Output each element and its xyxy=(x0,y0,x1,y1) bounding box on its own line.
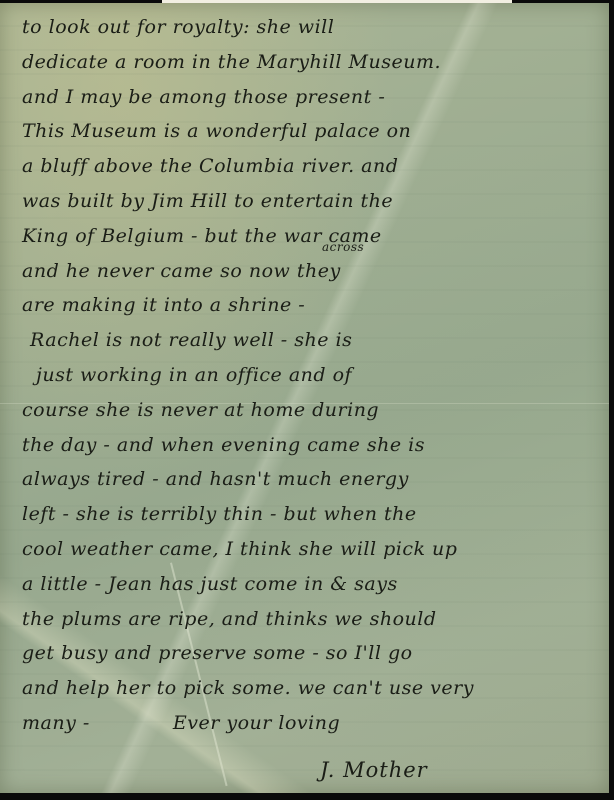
letter-line-text: and he never came so now they xyxy=(22,260,341,282)
handwritten-insertion: across xyxy=(322,240,364,254)
letter-line: left - she is terribly thin - but when t… xyxy=(22,497,597,532)
letter-line: a little - Jean has just come in & says xyxy=(22,567,597,602)
letter-closing: Ever your loving xyxy=(173,712,340,734)
letter-line: to look out for royalty: she will xyxy=(22,10,597,45)
letter-line: the plums are ripe, and thinks we should xyxy=(22,602,597,637)
letter-line: and help her to pick some. we can't use … xyxy=(22,671,597,706)
letter-line: dedicate a room in the Maryhill Museum. xyxy=(22,45,597,80)
letter-line: Rachel is not really well - she is xyxy=(22,323,597,358)
letter-line: cool weather came, I think she will pick… xyxy=(22,532,597,567)
letter-line: and I may be among those present - xyxy=(22,80,597,115)
letter-line: a bluff above the Columbia river. and xyxy=(22,149,597,184)
letter-line: are making it into a shrine - xyxy=(22,288,597,323)
letter-line: the day - and when evening came she is xyxy=(22,428,597,463)
letter-line-text: many - xyxy=(22,712,90,734)
letter-line: was built by Jim Hill to entertain the xyxy=(22,184,597,219)
letter-line: always tired - and hasn't much energy xyxy=(22,462,597,497)
scan-frame: to look out for royalty: she will dedica… xyxy=(0,0,614,800)
letter-line: just working in an office and of xyxy=(22,358,597,393)
letter-line: This Museum is a wonderful palace on xyxy=(22,114,597,149)
letter-body: to look out for royalty: she will dedica… xyxy=(22,10,597,741)
letter-line-with-insertion: across and he never came so now they xyxy=(22,254,597,289)
letter-line: King of Belgium - but the war came xyxy=(22,219,597,254)
letter-line: get busy and preserve some - so I'll go xyxy=(22,636,597,671)
letter-signature: J. Mother xyxy=(320,758,428,782)
letter-closing-line: many - Ever your loving xyxy=(22,706,597,741)
letter-line: course she is never at home during xyxy=(22,393,597,428)
